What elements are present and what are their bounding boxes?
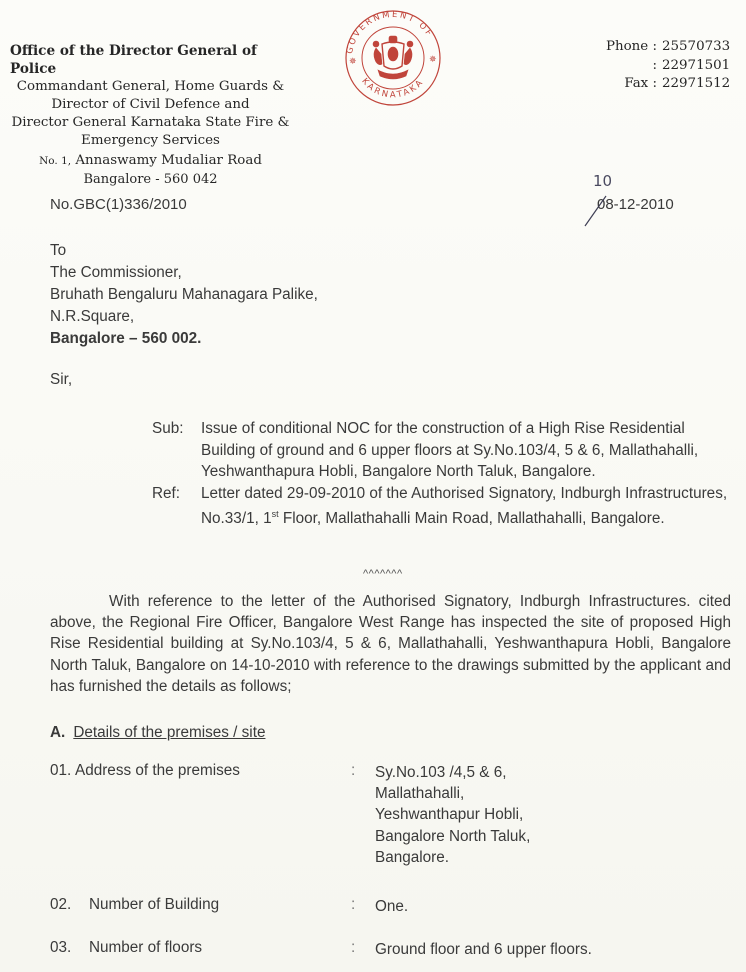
detail-label: Number of Building xyxy=(89,896,219,914)
letter-page: Office of the Director General of Police… xyxy=(0,0,746,972)
designation-line: Emergency Services xyxy=(8,132,293,150)
detail-value-line: One. xyxy=(375,896,408,917)
recipient-to: To xyxy=(50,240,318,262)
designation-line: Commandant General, Home Guards & xyxy=(8,78,293,96)
recipient-block: To The Commissioner, Bruhath Bengaluru M… xyxy=(50,240,318,350)
body-paragraph-text: With reference to the letter of the Auth… xyxy=(50,593,731,695)
svg-text:GOVERNMENT OF: GOVERNMENT OF xyxy=(345,10,435,55)
seal-bottom-text: KARNATAKA xyxy=(359,77,426,101)
recipient-line: The Commissioner, xyxy=(50,262,318,284)
detail-value: One. xyxy=(375,896,408,917)
detail-number: 03. xyxy=(50,939,71,957)
subject-label: Sub: xyxy=(152,418,201,483)
contact-label: Fax : xyxy=(624,75,657,94)
separator-carets: ^^^^^^^ xyxy=(363,568,403,580)
office-address-line2: Bangalore - 560 042 xyxy=(8,171,293,189)
reference-number: No.GBC(1)336/2010 xyxy=(50,196,187,213)
seal-top-text: GOVERNMENT OF xyxy=(345,10,435,55)
detail-value: Sy.No.103 /4,5 & 6, Mallathahalli, Yeshw… xyxy=(375,762,530,868)
contact-row-fax: Fax : 22971512 xyxy=(606,75,734,94)
svg-text:✵: ✵ xyxy=(429,55,437,65)
letterhead-office-block: Office of the Director General of Police… xyxy=(8,42,293,189)
detail-value: Ground floor and 6 upper floors. xyxy=(375,939,592,960)
contact-value: 22971512 xyxy=(657,75,734,94)
office-address-line1: No. 1, Annaswamy Mudaliar Road xyxy=(8,151,293,171)
detail-separator: : xyxy=(351,762,355,780)
reference: Ref: Letter dated 29-09-2010 of the Auth… xyxy=(152,483,742,530)
subject: Sub: Issue of conditional NOC for the co… xyxy=(152,418,742,483)
detail-separator: : xyxy=(351,939,355,957)
section-a-heading: A.Details of the premises / site xyxy=(50,724,265,742)
recipient-line: Bangalore – 560 002. xyxy=(50,328,318,350)
designation-line: Director of Civil Defence and xyxy=(8,96,293,114)
detail-value-line: Sy.No.103 /4,5 & 6, xyxy=(375,762,530,783)
detail-value-line: Bangalore. xyxy=(375,847,530,868)
body-paragraph: With reference to the letter of the Auth… xyxy=(50,591,731,697)
detail-label: Number of floors xyxy=(89,939,202,957)
detail-number: 02. xyxy=(50,896,71,914)
reference-label: Ref: xyxy=(152,483,201,530)
handwritten-strike-mark xyxy=(582,192,622,232)
address-prefix: No. 1, xyxy=(39,155,71,167)
detail-separator: : xyxy=(351,896,355,914)
section-title: Details of the premises / site xyxy=(73,724,265,741)
contact-row-phone: Phone : 25570733 xyxy=(606,38,734,57)
reference-text: Letter dated 29-09-2010 of the Authorise… xyxy=(201,483,742,530)
svg-text:✵: ✵ xyxy=(349,57,357,67)
contact-row-phone-2: : 22971501 xyxy=(606,57,734,76)
contact-label: Phone : xyxy=(606,38,657,57)
recipient-line: N.R.Square, xyxy=(50,306,318,328)
designation-line: Director General Karnataka State Fire & xyxy=(8,114,293,132)
reference-superscript: st xyxy=(272,509,279,519)
contact-block: Phone : 25570733 : 22971501 Fax : 229715… xyxy=(606,38,734,94)
reference-text-part: Floor, Mallathahalli Main Road, Mallatha… xyxy=(279,510,665,527)
subject-text: Issue of conditional NOC for the constru… xyxy=(201,418,742,483)
detail-label: Address of the premises xyxy=(75,762,240,780)
office-title: Office of the Director General of Police xyxy=(8,42,293,78)
svg-text:KARNATAKA: KARNATAKA xyxy=(359,77,426,101)
address-street: Annaswamy Mudaliar Road xyxy=(75,153,262,168)
government-of-karnataka-seal-icon: GOVERNMENT OF KARNATAKA ✵ ✵ xyxy=(332,6,454,106)
detail-value-line: Mallathahalli, xyxy=(375,783,530,804)
detail-value-line: Yeshwanthapur Hobli, xyxy=(375,804,530,825)
section-number: A. xyxy=(50,724,65,741)
contact-value: 25570733 xyxy=(657,38,734,57)
recipient-line: Bruhath Bengaluru Mahanagara Palike, xyxy=(50,284,318,306)
detail-value-line: Bangalore North Taluk, xyxy=(375,826,530,847)
contact-value: 22971501 xyxy=(657,57,734,76)
handwritten-date-correction: 10 xyxy=(593,172,612,190)
subject-reference-block: Sub: Issue of conditional NOC for the co… xyxy=(152,418,742,530)
detail-value-line: Ground floor and 6 upper floors. xyxy=(375,939,592,960)
detail-number: 01. xyxy=(50,762,71,780)
salutation: Sir, xyxy=(50,371,72,389)
